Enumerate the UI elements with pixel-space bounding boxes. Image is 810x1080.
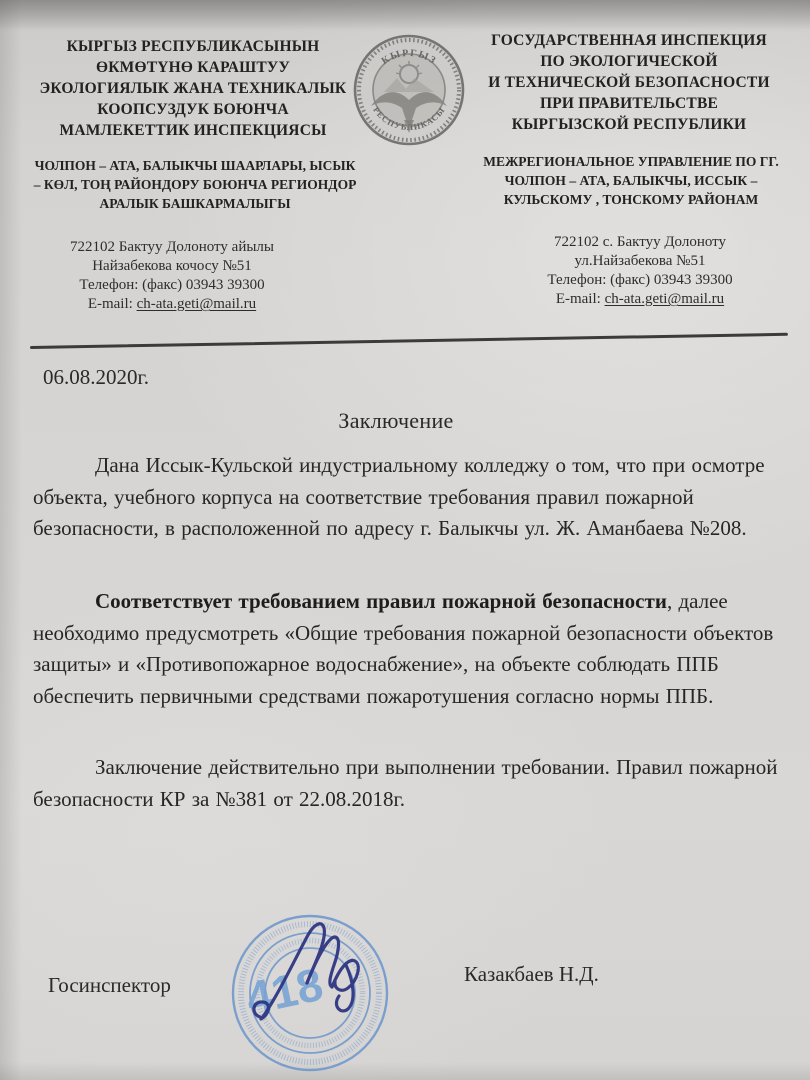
- email-label: E-mail:: [556, 291, 605, 307]
- document-title: Заключение: [0, 408, 792, 434]
- department-name-russian: МЕЖРЕГИОНАЛЬНОЕ УПРАВЛЕНИЕ ПО ГГ. ЧОЛПОН…: [468, 152, 794, 209]
- paragraph-issued-to: Дана Иссык-Кульской индустриальному колл…: [33, 450, 785, 545]
- official-stamp: 418: [222, 903, 402, 1080]
- signatory-name: Казакбаев Н.Д.: [464, 962, 599, 987]
- email-address: ch-ata.geti@mail.ru: [137, 296, 257, 312]
- email-line-right: E-mail: ch-ata.geti@mail.ru: [502, 290, 778, 309]
- paper-shadow-top: [0, 0, 810, 30]
- kyrgyz-emblem-icon: КЫРГЫЗ РЕСПУБЛИКАСЫ: [352, 32, 466, 148]
- department-name-kyrgyz: ЧОЛПОН – АТА, БАЛЫКЧЫ ШААРЛАРЫ, ЫСЫК – К…: [20, 156, 370, 213]
- email-label: E-mail:: [88, 296, 137, 312]
- address-block-kyrgyz: 722102 Бактуу Долоноту айылы Найзабекова…: [38, 238, 306, 295]
- letterhead-divider-line: [30, 333, 788, 349]
- signatory-role: Госинспектор: [48, 973, 171, 998]
- document-date: 06.08.2020г.: [43, 365, 149, 390]
- paragraph-validity: Заключение действительно при выполнении …: [33, 752, 785, 815]
- paragraph-conclusion: Соответствует требованием правил пожарно…: [33, 586, 785, 712]
- email-line-left: E-mail: ch-ata.geti@mail.ru: [38, 295, 306, 314]
- paper-shadow-bottom: [0, 1062, 810, 1080]
- scanned-document: КЫРГЫЗ РЕСПУБЛИКАСЫНЫН ӨКМӨТҮНӨ КАРАШТУУ…: [0, 0, 810, 1080]
- state-emblem-seal: КЫРГЫЗ РЕСПУБЛИКАСЫ: [352, 32, 466, 148]
- org-name-russian: ГОСУДАРСТВЕННАЯ ИНСПЕКЦИЯ ПО ЭКОЛОГИЧЕСК…: [460, 30, 798, 135]
- paper-shadow-left: [0, 0, 22, 1080]
- org-name-kyrgyz: КЫРГЫЗ РЕСПУБЛИКАСЫНЫН ӨКМӨТҮНӨ КАРАШТУУ…: [28, 36, 358, 141]
- round-stamp-icon: 418: [222, 903, 402, 1080]
- conclusion-bold-statement: Соответствует требованием правил пожарно…: [95, 589, 667, 613]
- email-address: ch-ata.geti@mail.ru: [605, 291, 725, 307]
- address-block-russian: 722102 с. Бактуу Долоноту ул.Найзабекова…: [502, 233, 778, 290]
